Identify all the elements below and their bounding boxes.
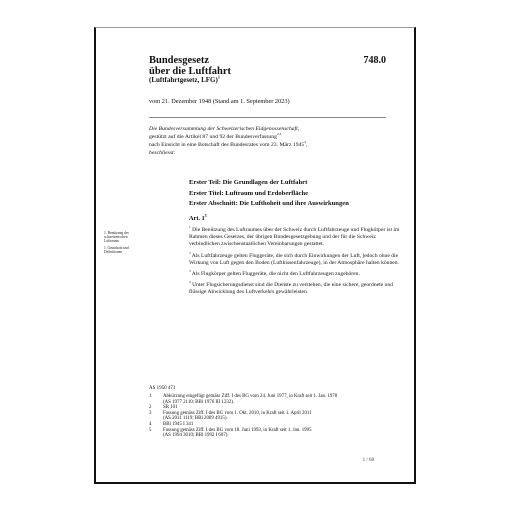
footnote-link[interactable]: (AS 1994 3010; BBl 1992 I 607). bbox=[163, 433, 312, 439]
paragraph-text: Als Luftfahrzeuge gelten Fluggeräte, die… bbox=[189, 253, 399, 266]
paragraph: 1 Die Benützung des Luftraumes über der … bbox=[189, 227, 401, 249]
paragraph: 4 Unter Flugsicherungsdienst sind die Di… bbox=[189, 282, 401, 296]
preamble-line: beschliesst: bbox=[149, 149, 307, 157]
preamble-text: gestützt auf die Artikel 87 und 92 der B… bbox=[149, 134, 277, 140]
footnote-number: 3 bbox=[149, 411, 163, 422]
footnote: 1Abkürzung eingefügt gemäss Ziff. I des … bbox=[149, 394, 337, 405]
paragraph-number: 1 bbox=[189, 225, 191, 229]
preamble-line: nach Einsicht in eine Botschaft des Bund… bbox=[149, 141, 307, 149]
law-date: vom 21. Dezember 1948 (Stand am 1. Septe… bbox=[149, 98, 290, 105]
paragraph-text: Als Flugkörper gelten Fluggeräte, die ni… bbox=[192, 271, 360, 277]
margin-notes: 1. Benützung des schweizerischen Luftrau… bbox=[104, 231, 142, 254]
law-subtitle: (Luftfahrtgesetz, LFG)1 bbox=[149, 76, 220, 84]
footnotes: 1Abkürzung eingefügt gemäss Ziff. I des … bbox=[149, 394, 337, 439]
sr-number: 748.0 bbox=[364, 55, 387, 66]
footnote-link[interactable]: (AS 1977 2110; BBl 1976 III 1232). bbox=[163, 400, 337, 406]
footnote-number: 5 bbox=[149, 428, 163, 439]
preamble: Die Bundesversammlung der Schweizerische… bbox=[149, 125, 307, 157]
footnote-number: 1 bbox=[149, 394, 163, 405]
preamble-text: nach Einsicht in eine Botschaft des Bund… bbox=[149, 142, 304, 148]
paragraph-text: Unter Flugsicherungsdienst sind die Dien… bbox=[189, 282, 393, 295]
divider bbox=[149, 117, 386, 118]
paragraph: 2 Als Luftfahrzeuge gelten Fluggeräte, d… bbox=[189, 253, 401, 267]
footnote: 5Fassung gemäss Ziff. I des BG vom 18. J… bbox=[149, 428, 337, 439]
section-headings: Erster Teil: Die Grundlagen der Luftfahr… bbox=[189, 178, 349, 210]
footnote-ref[interactable]: 1 bbox=[218, 75, 220, 80]
paragraph: 3 Als Flugkörper gelten Fluggeräte, die … bbox=[189, 271, 401, 278]
footnote-ref[interactable]: 5 bbox=[205, 214, 207, 218]
paragraph-number: 3 bbox=[189, 269, 191, 273]
footnote-ref[interactable]: 2,3 bbox=[277, 132, 281, 136]
paragraph-number: 2 bbox=[189, 251, 191, 255]
heading-title[interactable]: Erster Titel: Luftraum und Erdoberfläche bbox=[189, 189, 349, 200]
preamble-line: Die Bundesversammlung der Schweizerische… bbox=[149, 125, 307, 133]
article-text: Art. 1 bbox=[189, 215, 205, 222]
paragraph-text: Die Benützung des Luftraumes über der Sc… bbox=[189, 227, 399, 247]
subtitle-text: (Luftfahrtgesetz, LFG) bbox=[149, 76, 218, 84]
paragraph-number: 4 bbox=[189, 280, 191, 284]
footnote-text: Abkürzung eingefügt gemäss Ziff. I des B… bbox=[163, 394, 337, 400]
footnote: 3Fassung gemäss Ziff. I des BG vom 1. Ok… bbox=[149, 411, 337, 422]
footnote-ref[interactable]: 4 bbox=[304, 140, 306, 144]
article-body: 1 Die Benützung des Luftraumes über der … bbox=[189, 227, 401, 301]
margin-note: 1. Grundsatz und Definitionen bbox=[104, 246, 142, 254]
page-number: 1 / 68 bbox=[363, 458, 374, 463]
footnote-source: AS 1950 471 bbox=[149, 386, 175, 391]
document-page: Bundesgesetz über die Luftfahrt 748.0 (L… bbox=[94, 27, 416, 484]
preamble-line: gestützt auf die Artikel 87 und 92 der B… bbox=[149, 133, 307, 141]
margin-note: 1. Benützung des schweizerischen Luftrau… bbox=[104, 231, 142, 244]
article-label[interactable]: Art. 15 bbox=[189, 215, 207, 222]
title-line-1: Bundesgesetz bbox=[149, 55, 231, 66]
heading-part[interactable]: Erster Teil: Die Grundlagen der Luftfahr… bbox=[189, 178, 349, 189]
heading-section[interactable]: Erster Abschnitt: Die Lufthoheit und ihr… bbox=[189, 199, 349, 210]
